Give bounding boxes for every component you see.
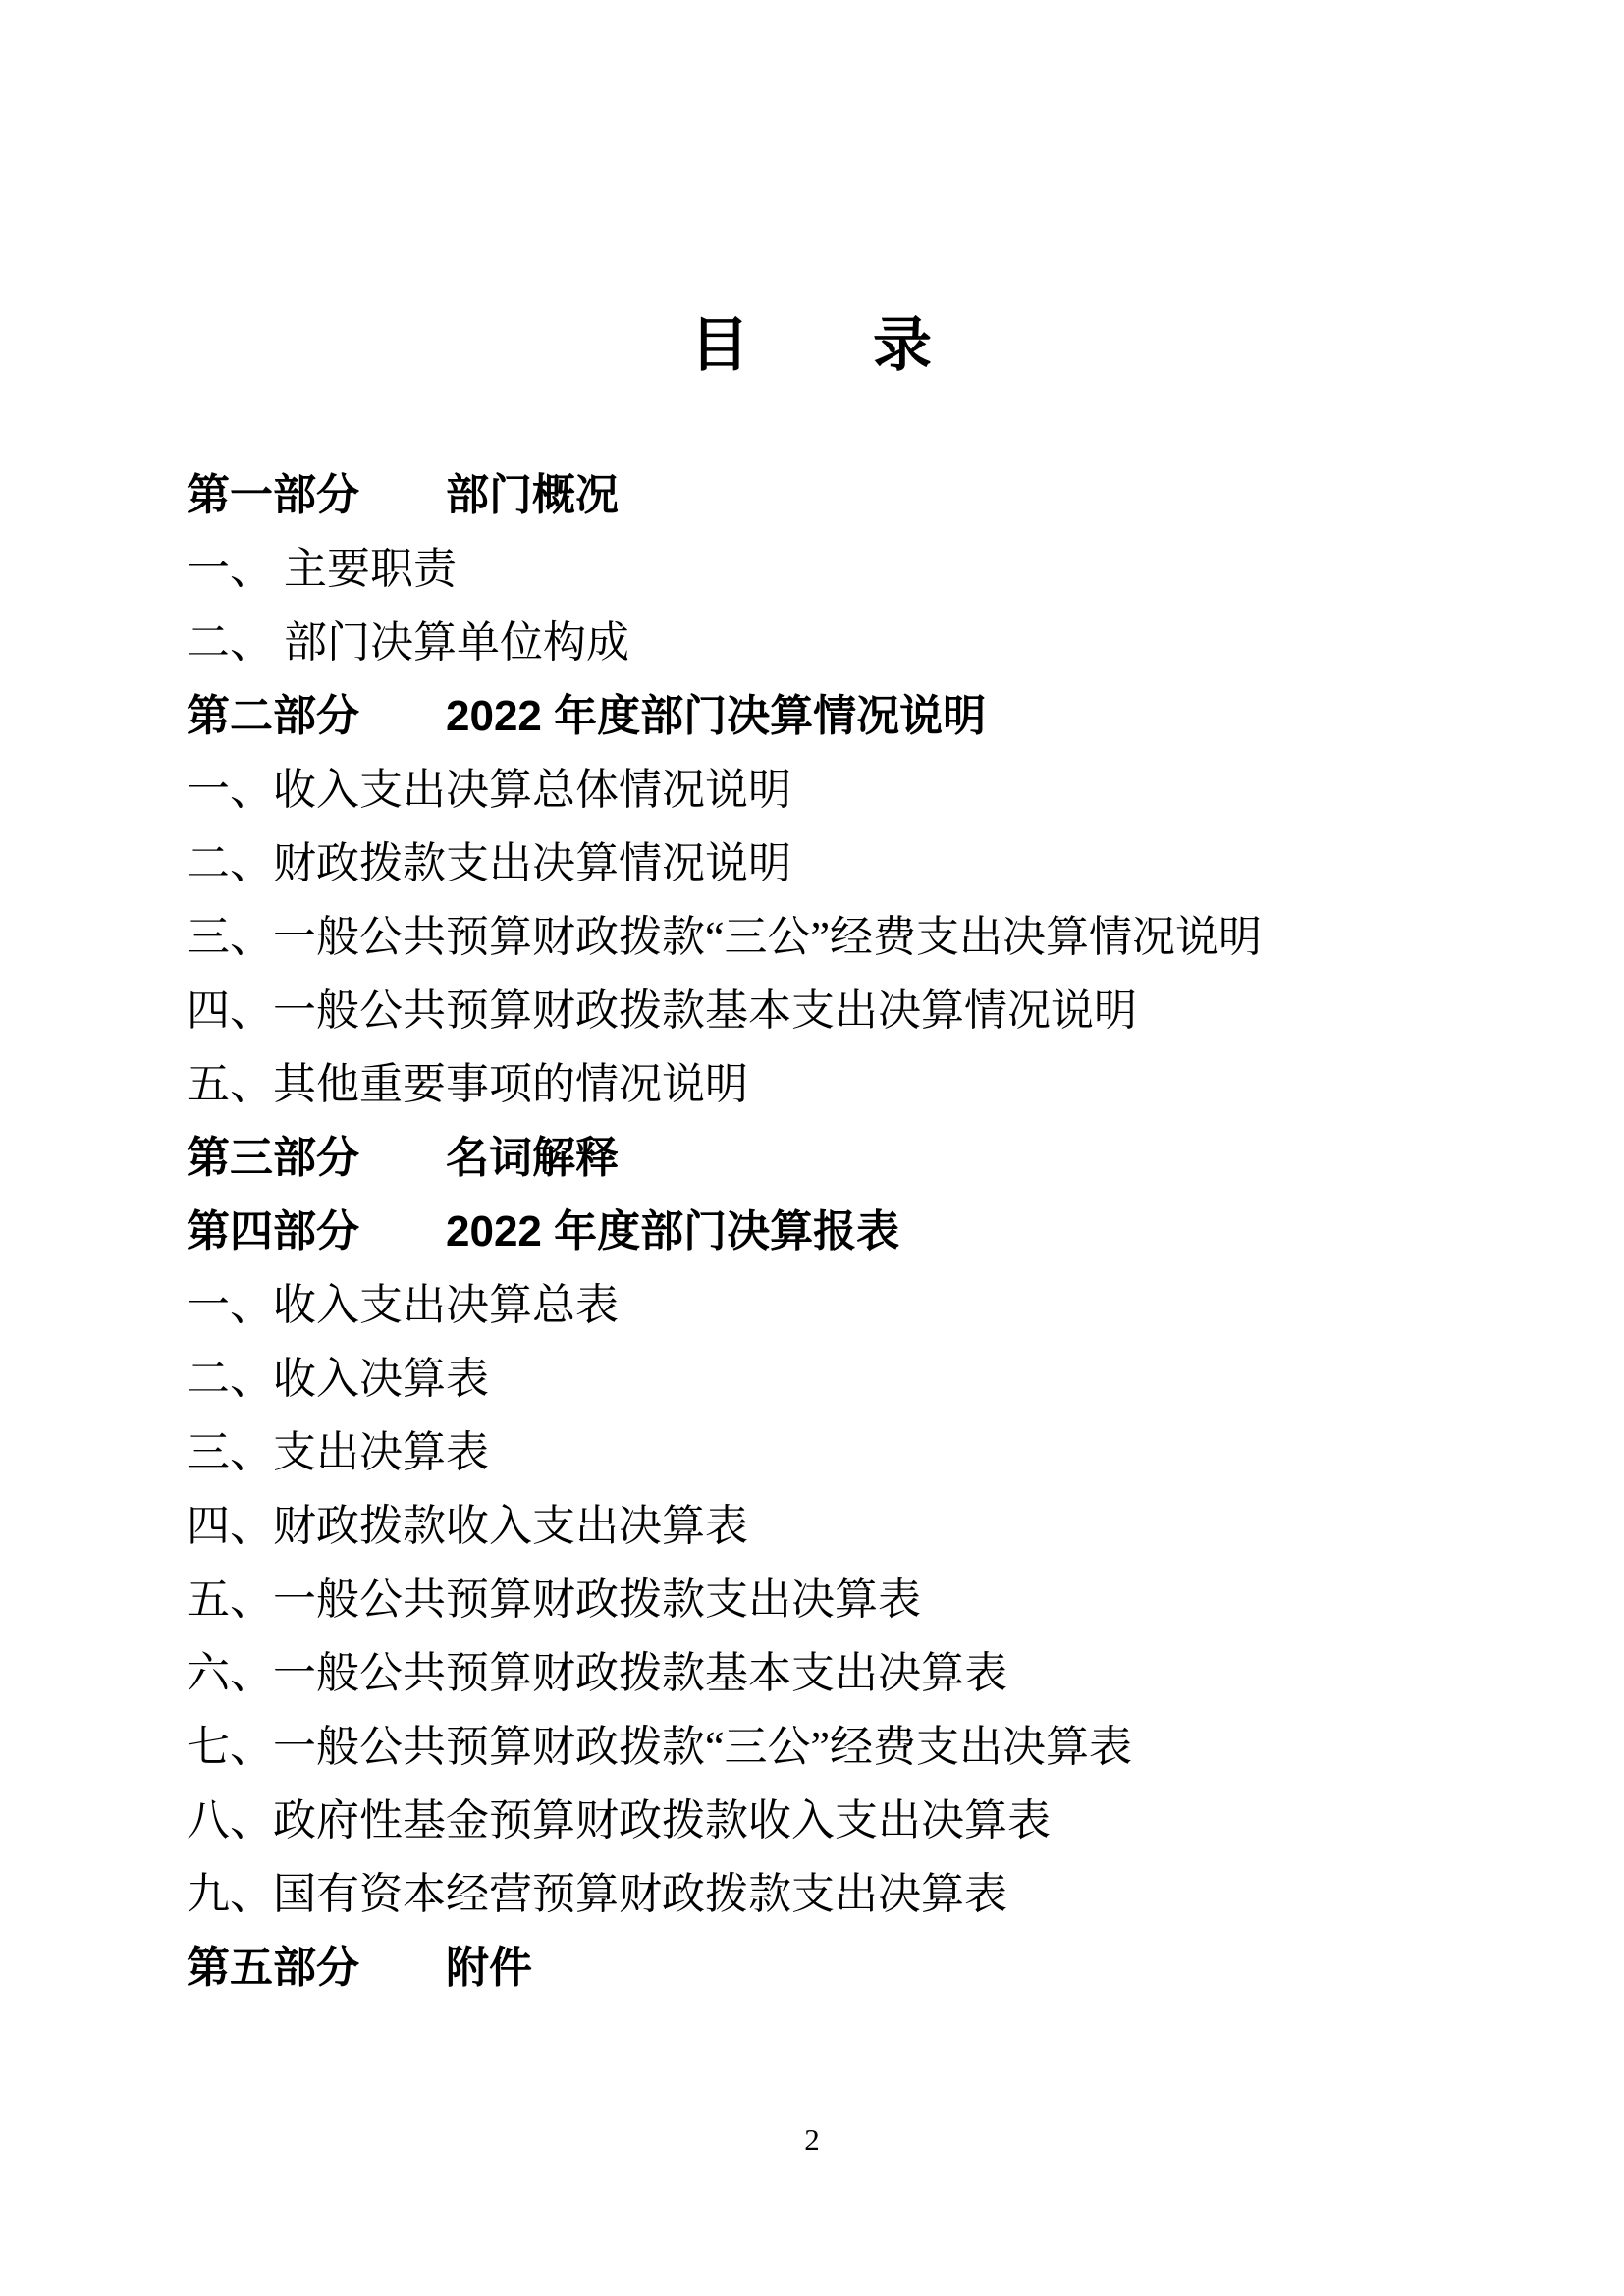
toc-item: 一、收入支出决算总表 [187, 1268, 1565, 1342]
toc-part-heading: 第三部分 名词解释 [187, 1121, 1565, 1195]
toc-item: 二、 部门决算单位构成 [187, 606, 1565, 679]
toc-part-heading: 第二部分 2022 年度部门决算情况说明 [187, 679, 1565, 753]
toc-item: 二、收入决算表 [187, 1342, 1565, 1415]
toc-item: 七、一般公共预算财政拨款“三公”经费支出决算表 [187, 1710, 1565, 1784]
toc-item: 一、 主要职责 [187, 532, 1565, 606]
toc-part-heading: 第五部分 附件 [187, 1931, 1565, 2004]
toc-list: 第一部分 部门概况一、 主要职责二、 部门决算单位构成第二部分 2022 年度部… [187, 458, 1565, 2004]
toc-item: 五、一般公共预算财政拨款支出决算表 [187, 1563, 1565, 1636]
toc-item: 一、收入支出决算总体情况说明 [187, 753, 1565, 827]
toc-item: 九、国有资本经营预算财政拨款支出决算表 [187, 1857, 1565, 1931]
toc-part-heading: 第一部分 部门概况 [187, 458, 1565, 532]
toc-item: 三、支出决算表 [187, 1415, 1565, 1489]
page-number: 2 [0, 2120, 1624, 2160]
toc-item: 三、一般公共预算财政拨款“三公”经费支出决算情况说明 [187, 900, 1565, 974]
document-page: 目 录 第一部分 部门概况一、 主要职责二、 部门决算单位构成第二部分 2022… [0, 0, 1624, 2296]
toc-item: 二、财政拨款支出决算情况说明 [187, 827, 1565, 900]
toc-part-heading: 第四部分 2022 年度部门决算报表 [187, 1195, 1565, 1268]
page-title: 目 录 [0, 294, 1624, 398]
toc-item: 四、一般公共预算财政拨款基本支出决算情况说明 [187, 974, 1565, 1047]
toc-item: 五、其他重要事项的情况说明 [187, 1047, 1565, 1121]
toc-item: 八、政府性基金预算财政拨款收入支出决算表 [187, 1784, 1565, 1857]
toc-item: 四、财政拨款收入支出决算表 [187, 1489, 1565, 1563]
toc-item: 六、一般公共预算财政拨款基本支出决算表 [187, 1636, 1565, 1710]
